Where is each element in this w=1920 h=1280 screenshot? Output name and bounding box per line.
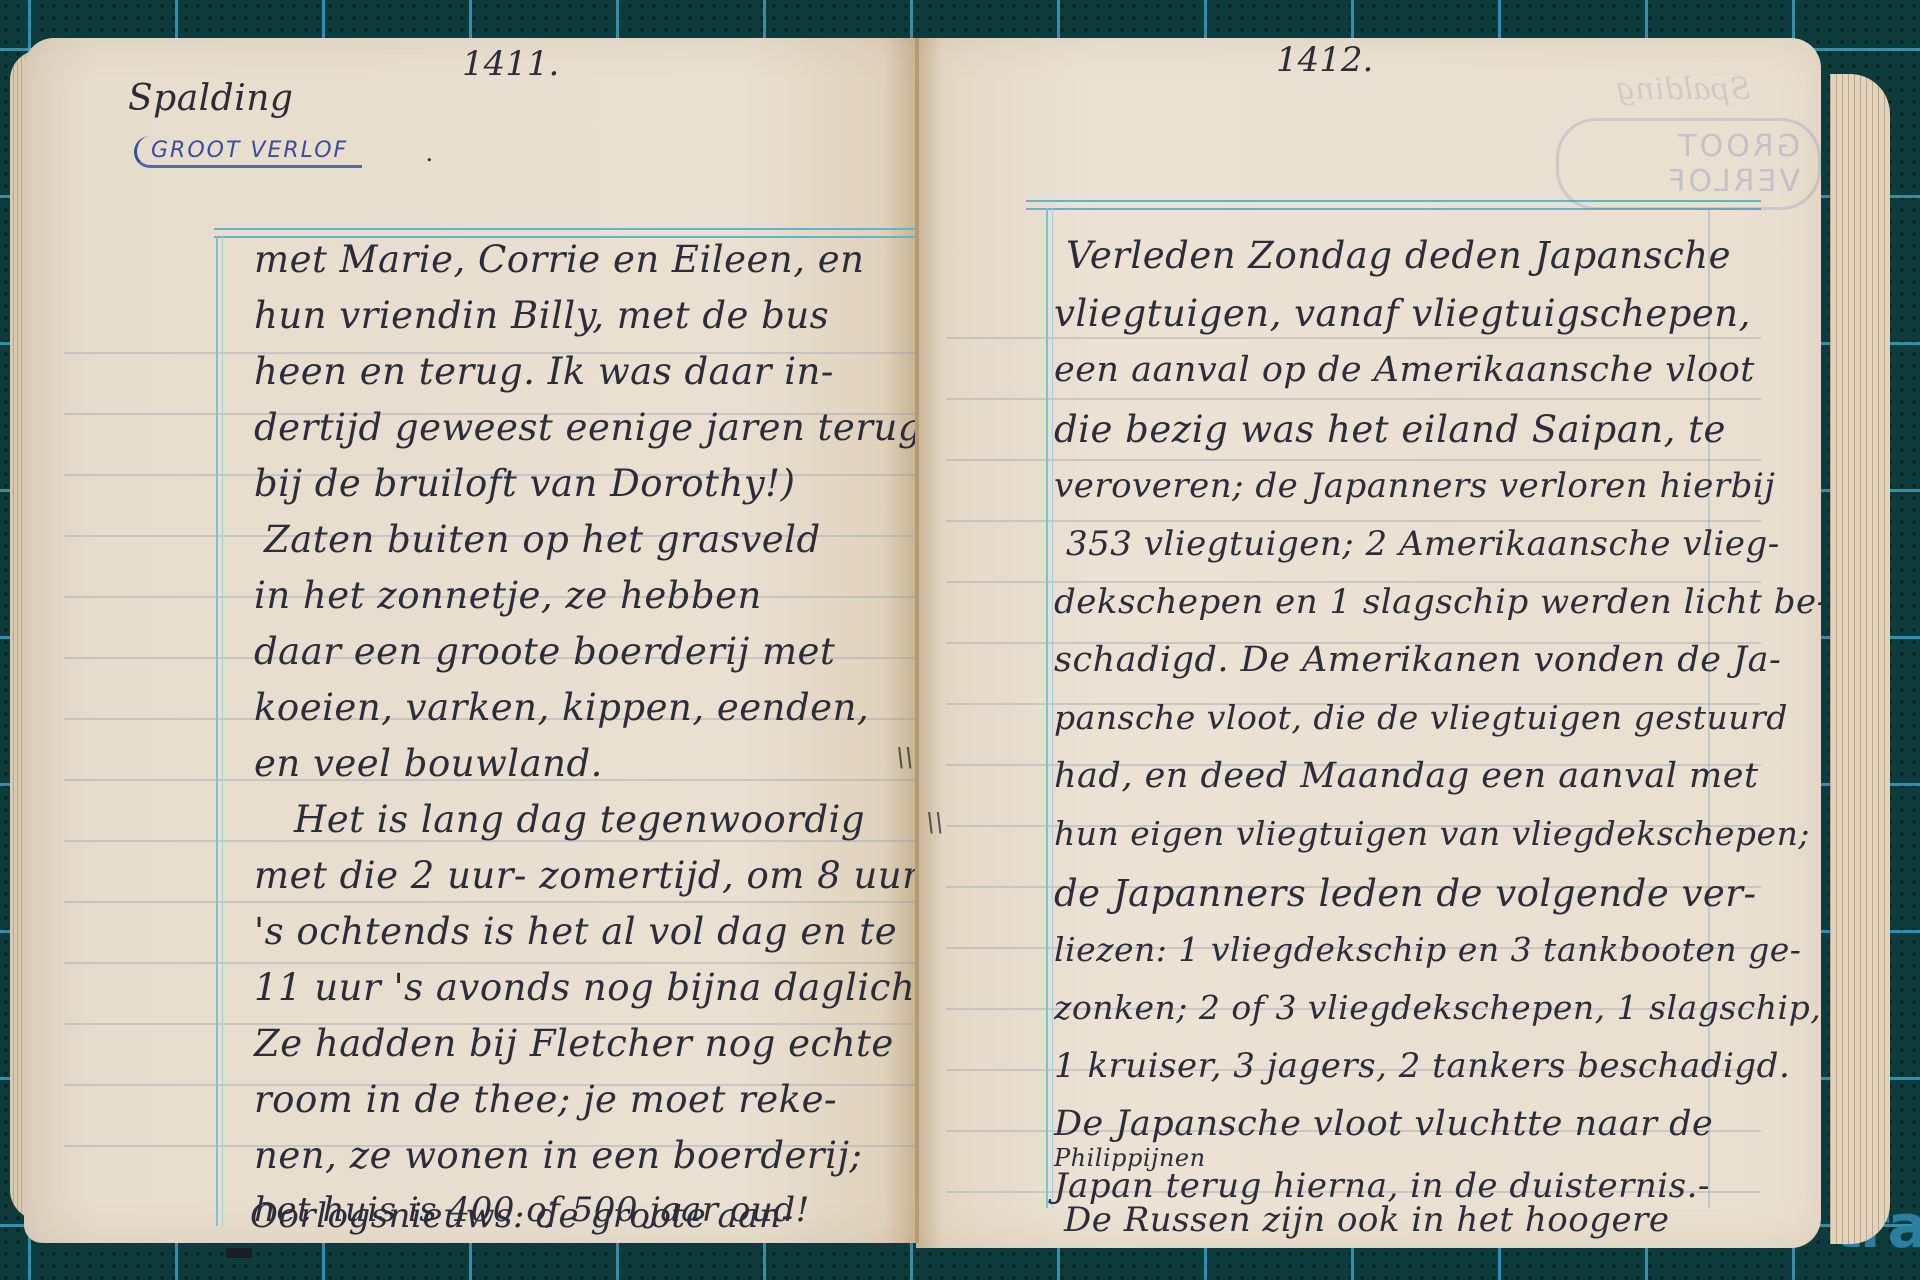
text-line: met Marie, Corrie en Eileen, en <box>254 238 864 281</box>
margin-rule <box>1046 208 1053 1208</box>
bleed-through-heading: Spalding <box>1616 72 1751 107</box>
text-line: koeien, varken, kippen, eenden, <box>254 686 869 729</box>
right-page: GROOT VERLOF Spalding 1412. Verleden Zon… <box>916 38 1821 1248</box>
text-line: nen, ze wonen in een boerderij; <box>254 1134 862 1177</box>
text-line: liezen: 1 vliegdekschip en 3 tankbooten … <box>1054 930 1801 969</box>
text-line: 1 kruiser, 3 jagers, 2 tankers beschadig… <box>1054 1046 1790 1086</box>
margin-dash-mark <box>226 1248 252 1258</box>
text-line: heen en terug. Ik was daar in- <box>254 350 834 393</box>
text-line: een aanval op de Amerikaansche vloot <box>1054 350 1755 390</box>
text-line: en veel bouwland. <box>254 742 603 785</box>
text-line: De Russen zijn ook in het hoogere <box>1064 1200 1669 1240</box>
stamp-period: . <box>426 138 433 168</box>
ink-smudge: \\ <box>926 808 944 838</box>
text-line: Ze hadden bij Fletcher nog echte <box>254 1022 894 1065</box>
text-line: veroveren; de Japanners verloren hierbij <box>1054 466 1775 506</box>
left-page: 1411. Spalding GROOT VERLOF . met Marie,… <box>24 38 920 1243</box>
text-line: de Japanners leden de volgende ver- <box>1054 872 1756 915</box>
text-line: 353 vliegtuigen; 2 Amerikaansche vlieg- <box>1066 524 1780 564</box>
right-page-edges <box>1830 74 1890 1244</box>
page-number: 1412. <box>1276 40 1373 80</box>
text-line: daar een groote boerderij met <box>254 630 835 673</box>
text-line: Zaten buiten op het grasveld <box>264 518 821 561</box>
text-line: room in de thee; je moet reke- <box>254 1078 837 1121</box>
text-line: dertijd geweest eenige jaren terug <box>254 406 922 449</box>
heading-place-name: Spalding <box>128 78 293 119</box>
text-line: 's ochtends is het al vol dag en te <box>254 910 897 953</box>
text-line: De Japansche vloot vluchtte naar de <box>1054 1104 1713 1144</box>
stamp-groot-verlof: GROOT VERLOF <box>134 136 362 168</box>
text-line: hun eigen vliegtuigen van vliegdekschepe… <box>1054 814 1810 853</box>
text-line: Verleden Zondag deden Japansche <box>1066 234 1731 277</box>
text-line: schadigd. De Amerikanen vonden de Ja- <box>1054 640 1781 680</box>
text-line: had, en deed Maandag een aanval met <box>1054 756 1759 796</box>
text-line: in het zonnetje, ze hebben <box>254 574 762 617</box>
text-line: met die 2 uur- zomertijd, om 8 uur <box>254 854 920 897</box>
text-line: Het is lang dag tegenwoordig <box>294 798 865 841</box>
text-line-war-news: Oorlogsnieuws: de groote aan- <box>250 1196 793 1236</box>
text-line: 11 uur 's avonds nog bijna daglicht. <box>254 966 943 1009</box>
text-line: dekschepen en 1 slagschip werden licht b… <box>1054 582 1829 622</box>
bleed-through-stamp: GROOT VERLOF <box>1556 118 1821 210</box>
text-line: Oorlogsnieuws: de groote aan- <box>250 1196 793 1236</box>
header-double-rule <box>214 228 920 238</box>
text-line: pansche vloot, die de vliegtuigen gestuu… <box>1054 698 1788 737</box>
margin-rule <box>216 236 223 1226</box>
text-line: hun vriendin Billy, met de bus <box>254 294 829 337</box>
text-line: vliegtuigen, vanaf vliegtuigschepen, <box>1054 292 1751 335</box>
text-line: zonken; 2 of 3 vliegdekschepen, 1 slagsc… <box>1054 988 1821 1027</box>
ink-smudge: \\ <box>896 743 914 773</box>
text-line: bij de bruiloft van Dorothy!) <box>254 462 795 505</box>
page-number: 1411. <box>462 44 559 84</box>
open-notebook: 1411. Spalding GROOT VERLOF . met Marie,… <box>10 38 1900 1248</box>
notebook-spine <box>915 38 919 1243</box>
text-line: die bezig was het eiland Saipan, te <box>1054 408 1726 451</box>
